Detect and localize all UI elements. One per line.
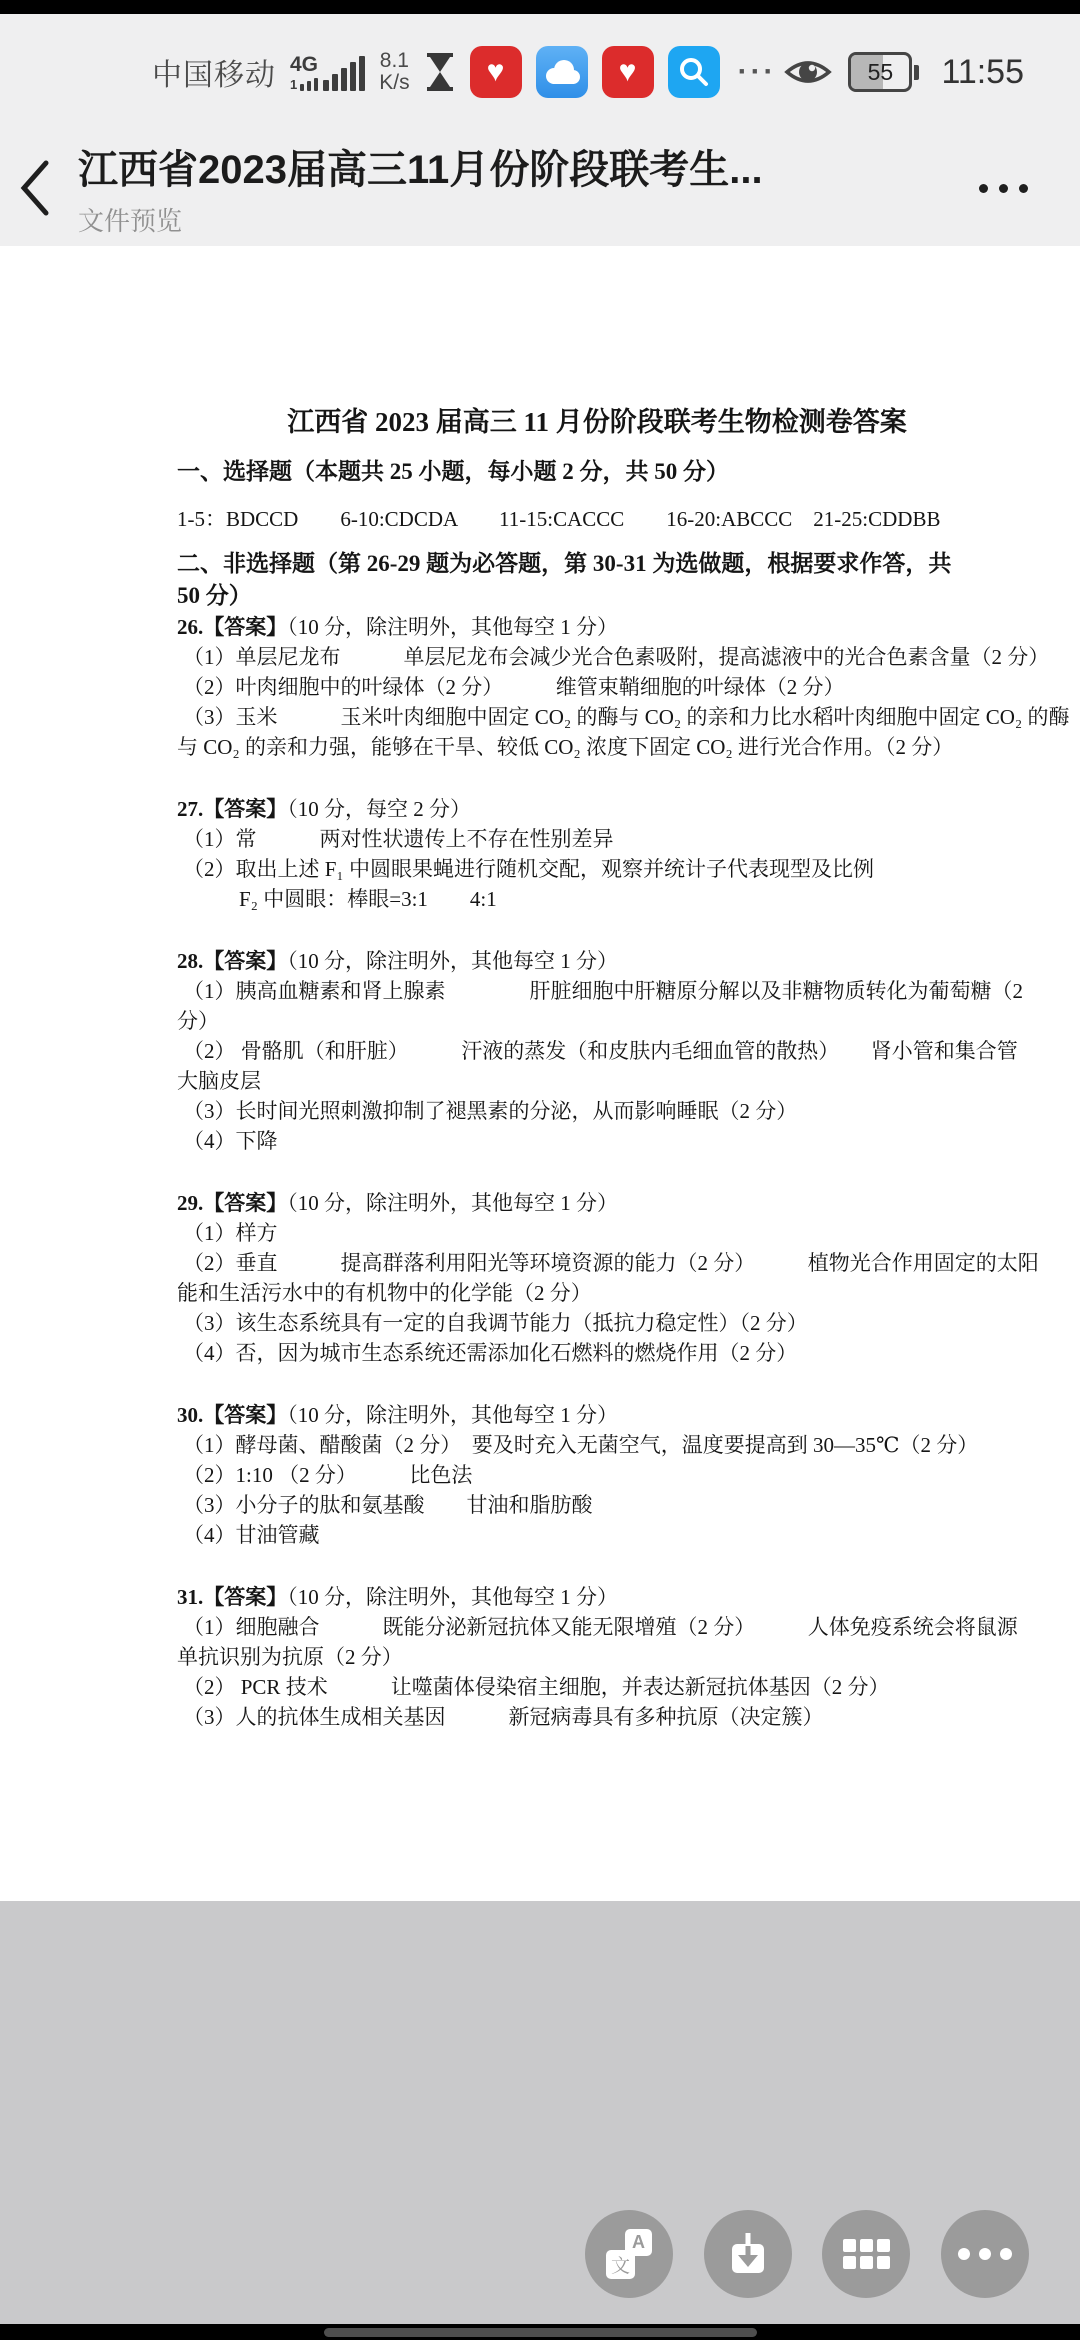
doc-line: （2）取出上述 F₁ 中圆眼果蝇进行随机交配，观察并统计子代表现型及比例 [177, 854, 1017, 884]
ellipsis-icon [958, 2248, 1012, 2260]
download-button[interactable] [704, 2210, 792, 2298]
more-notifications-indicator: ··· [738, 55, 777, 89]
doc-line: 分） [177, 1006, 1017, 1036]
doc-line: （3）小分子的肽和氨基酸 甘油和脂肪酸 [177, 1490, 1017, 1520]
doc-line: F₂ 中圆眼：棒眼=3:1 4:1 [177, 884, 1017, 914]
translate-button[interactable]: A 文 [585, 2210, 673, 2298]
doc-line: （4）否，因为城市生态系统还需添加化石燃料的燃烧作用（2 分） [177, 1338, 1017, 1368]
chevron-left-icon [18, 159, 52, 217]
doc-line: 50 分） [177, 580, 1017, 612]
doc-line: 江西省 2023 届高三 11 月份阶段联考生物检测卷答案 [177, 402, 1017, 442]
phone-screen: 中国移动 4G 1 8.1 K/s [0, 0, 1080, 2340]
doc-line: （3）该生态系统具有一定的自我调节能力（抵抗力稳定性）（2 分） [177, 1308, 1017, 1338]
search-app-icon [668, 46, 720, 98]
back-button[interactable] [0, 130, 70, 246]
signal-bars-icon [323, 56, 365, 91]
network-type-label: 4G [290, 54, 318, 75]
doc-line: 大脑皮层 [177, 1066, 1017, 1096]
file-title: 江西省2023届高三11月份阶段联考生... [78, 138, 763, 195]
doc-line: （2） PCR 技术 让噬菌体侵染宿主细胞，并表达新冠抗体基因（2 分） [177, 1672, 1017, 1702]
doc-line: 29.【答案】（10 分，除注明外，其他每空 1 分） [177, 1188, 1017, 1218]
doc-line: 一、选择题（本题共 25 小题，每小题 2 分，共 50 分） [177, 454, 1017, 490]
translate-icon: A 文 [604, 2229, 654, 2279]
battery-icon: 55 [848, 52, 919, 92]
ellipsis-menu-icon [979, 184, 988, 193]
doc-line: 与 CO₂ 的亲和力强，能够在干旱、较低 CO₂ 浓度下固定 CO₂ 进行光合作… [177, 732, 1017, 762]
doc-line: （1）常 两对性状遗传上不存在性别差异 [177, 824, 1017, 854]
home-indicator[interactable] [324, 2328, 757, 2337]
doc-line: 26.【答案】（10 分，除注明外，其他每空 1 分） [177, 612, 1017, 642]
doc-line: （3）长时间光照刺激抑制了褪黑素的分泌，从而影响睡眠（2 分） [177, 1096, 1017, 1126]
doc-line: （1）样方 [177, 1218, 1017, 1248]
file-preview-label: 文件预览 [78, 201, 763, 238]
download-icon [723, 2229, 773, 2279]
nav-bar: 江西省2023届高三11月份阶段联考生... 文件预览 [0, 130, 1080, 246]
sim2-signal-icon: 1 [290, 78, 318, 91]
document-body: 江西省 2023 届高三 11 月份阶段联考生物检测卷答案一、选择题（本题共 2… [177, 402, 1017, 1732]
document-page[interactable]: 江西省 2023 届高三 11 月份阶段联考生物检测卷答案一、选择题（本题共 2… [0, 246, 1080, 1901]
grid-button[interactable] [822, 2210, 910, 2298]
status-bar: 中国移动 4G 1 8.1 K/s [0, 14, 1080, 130]
doc-line: 单抗识别为抗原（2 分） [177, 1642, 1017, 1672]
signal-indicator: 4G 1 [290, 54, 365, 91]
doc-line: （3）人的抗体生成相关基因 新冠病毒具有多种抗原（决定簇） [177, 1702, 1017, 1732]
doc-line: 31.【答案】（10 分，除注明外，其他每空 1 分） [177, 1582, 1017, 1612]
doc-line: （2） 骨骼肌（和肝脏） 汗液的蒸发（和皮肤内毛细血管的散热） 肾小管和集合管 [177, 1036, 1017, 1066]
doc-line: （1）细胞融合 既能分泌新冠抗体又能无限增殖（2 分） 人体免疫系统会将鼠源 [177, 1612, 1017, 1642]
carrier-label: 中国移动 [152, 50, 276, 94]
doc-line: （1）胰高血糖素和肾上腺素 肝脏细胞中肝糖原分解以及非糖物质转化为葡萄糖（2 [177, 976, 1017, 1006]
hourglass-icon [424, 51, 456, 93]
cloud-app-icon [536, 46, 588, 98]
more-button[interactable] [941, 2210, 1029, 2298]
doc-line: （4）下降 [177, 1126, 1017, 1156]
clock: 11:55 [941, 53, 1024, 92]
network-speed: 8.1 K/s [379, 50, 409, 94]
grid-icon [843, 2239, 890, 2269]
doc-line: 28.【答案】（10 分，除注明外，其他每空 1 分） [177, 946, 1017, 976]
doc-line: （4）甘油管藏 [177, 1520, 1017, 1550]
heart-app-icon: ♥ [602, 46, 654, 98]
doc-line: （1）酵母菌、醋酸菌（2 分） 要及时充入无菌空气，温度要提高到 30—35℃（… [177, 1430, 1017, 1460]
eye-protection-icon [784, 56, 832, 88]
doc-line: 1-5：BDCCD 6-10:CDCDA 11-15:CACCC 16-20:A… [177, 504, 1017, 534]
doc-line: 27.【答案】（10 分，每空 2 分） [177, 794, 1017, 824]
doc-line: 30.【答案】（10 分，除注明外，其他每空 1 分） [177, 1400, 1017, 1430]
bottom-panel [0, 1901, 1080, 2324]
heart-app-icon: ♥ [470, 46, 522, 98]
menu-button[interactable] [979, 184, 1028, 193]
doc-line: 能和生活污水中的有机物中的化学能（2 分） [177, 1278, 1017, 1308]
doc-line: （2）1:10 （2 分） 比色法 [177, 1460, 1017, 1490]
doc-line: 二、非选择题（第 26-29 题为必答题，第 30-31 为选做题，根据要求作答… [177, 548, 1017, 580]
doc-line: （1）单层尼龙布 单层尼龙布会减少光合色素吸附，提高滤液中的光合色素含量（2 分… [177, 642, 1017, 672]
battery-level: 55 [868, 59, 894, 86]
top-black-strip [0, 0, 1080, 14]
doc-line: （3）玉米 玉米叶肉细胞中固定 CO₂ 的酶与 CO₂ 的亲和力比水稻叶肉细胞中… [177, 702, 1017, 732]
doc-line: （2）垂直 提高群落利用阳光等环境资源的能力（2 分） 植物光合作用固定的太阳 [177, 1248, 1017, 1278]
doc-line: （2）叶肉细胞中的叶绿体（2 分） 维管束鞘细胞的叶绿体（2 分） [177, 672, 1017, 702]
